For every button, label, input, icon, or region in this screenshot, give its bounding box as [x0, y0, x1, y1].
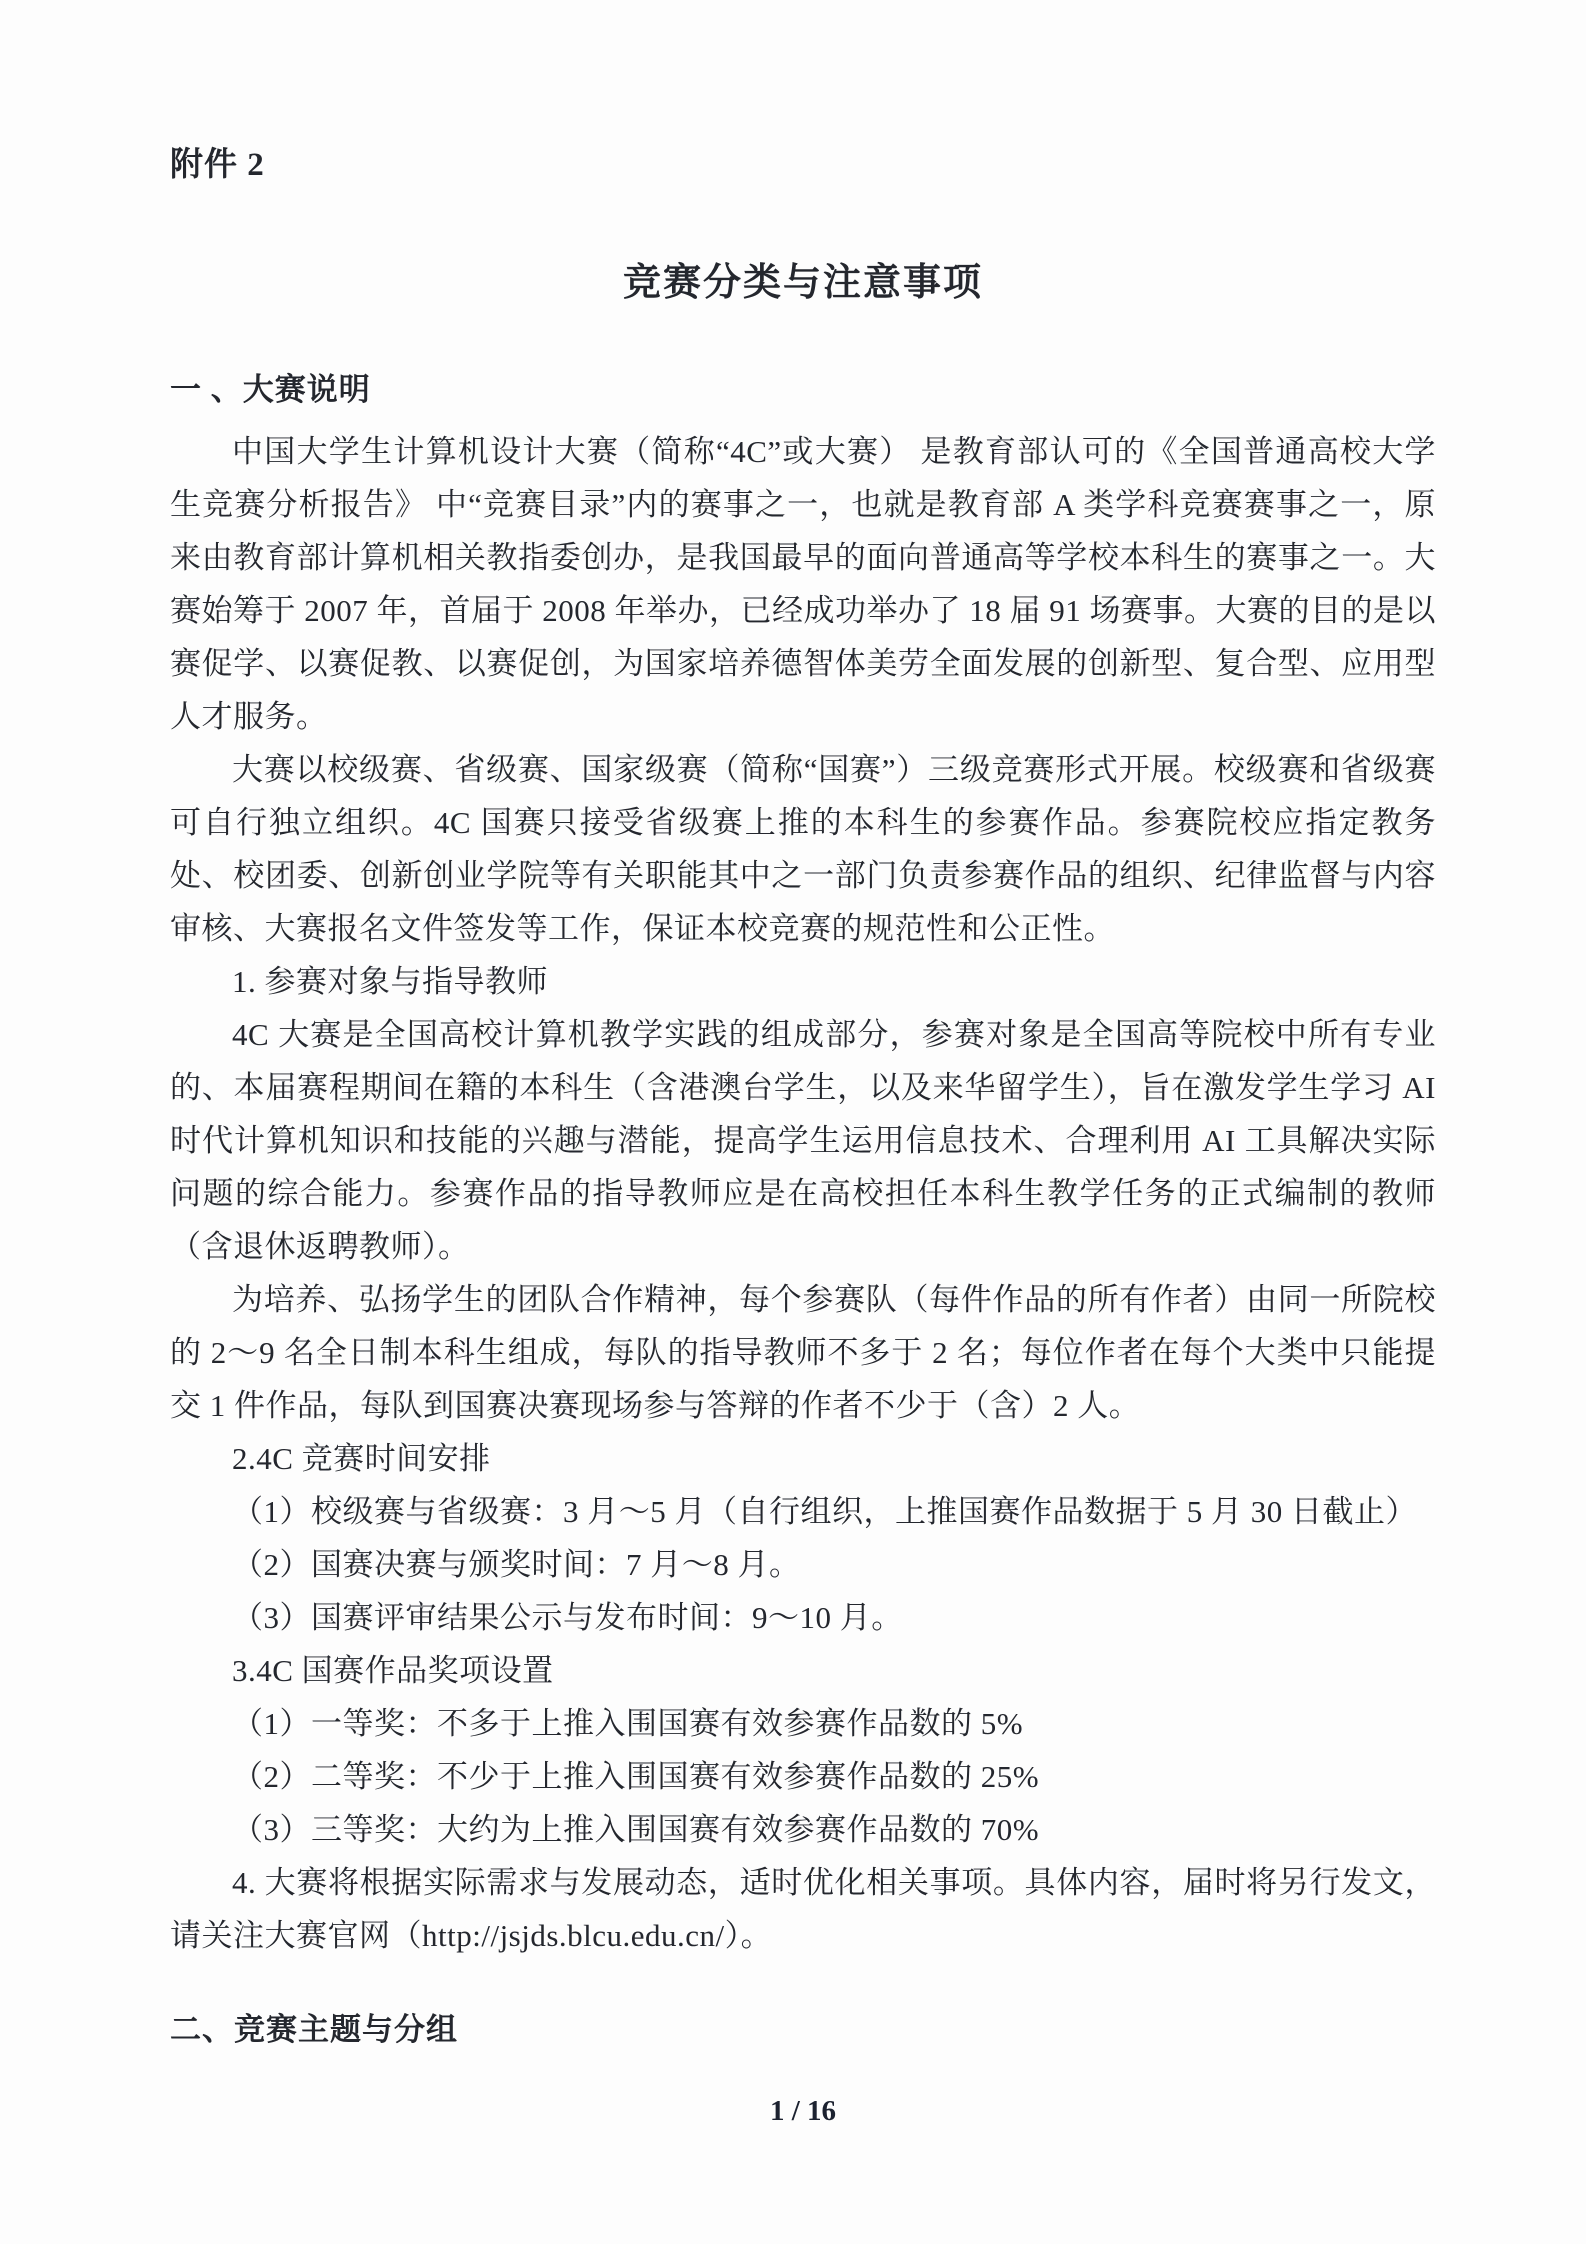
page-number: 1 / 16	[170, 2095, 1436, 2128]
para-intro: 中国大学生计算机设计大赛（简称“4C”或大赛） 是教育部认可的《全国普通高校大学…	[170, 425, 1436, 743]
item-1-participants-heading: 1. 参赛对象与指导教师	[170, 955, 1436, 1008]
list-item-schedule-1: （1）校级赛与省级赛：3 月～5 月（自行组织，上推国赛作品数据于 5 月 30…	[170, 1485, 1436, 1538]
para-competition-levels: 大赛以校级赛、省级赛、国家级赛（简称“国赛”）三级竞赛形式开展。校级赛和省级赛可…	[170, 743, 1436, 955]
list-item-award-third: （3）三等奖：大约为上推入围国赛有效参赛作品数的 70%	[170, 1803, 1436, 1856]
list-item-schedule-3: （3）国赛评审结果公示与发布时间：9～10 月。	[170, 1591, 1436, 1644]
para-future-updates: 4. 大赛将根据实际需求与发展动态，适时优化相关事项。具体内容，届时将另行发文，…	[170, 1856, 1436, 1962]
list-item-award-first: （1）一等奖：不多于上推入围国赛有效参赛作品数的 5%	[170, 1697, 1436, 1750]
document-title: 竞赛分类与注意事项	[170, 251, 1436, 306]
item-3-awards-heading: 3.4C 国赛作品奖项设置	[170, 1644, 1436, 1697]
document-page: 附件 2 竞赛分类与注意事项 一 、大赛说明 中国大学生计算机设计大赛（简称“4…	[0, 0, 1586, 2244]
list-item-schedule-2: （2）国赛决赛与颁奖时间：7 月～8 月。	[170, 1538, 1436, 1591]
section-2-heading: 二、竞赛主题与分组	[170, 2004, 1436, 2049]
list-item-award-second: （2）二等奖：不少于上推入围国赛有效参赛作品数的 25%	[170, 1750, 1436, 1803]
attachment-label: 附件 2	[170, 138, 1436, 185]
para-participants: 4C 大赛是全国高校计算机教学实践的组成部分，参赛对象是全国高等院校中所有专业的…	[170, 1008, 1436, 1273]
item-2-schedule-heading: 2.4C 竞赛时间安排	[170, 1432, 1436, 1485]
para-team-rules: 为培养、弘扬学生的团队合作精神，每个参赛队（每件作品的所有作者）由同一所院校的 …	[170, 1273, 1436, 1432]
section-1-heading: 一 、大赛说明	[170, 364, 1436, 409]
